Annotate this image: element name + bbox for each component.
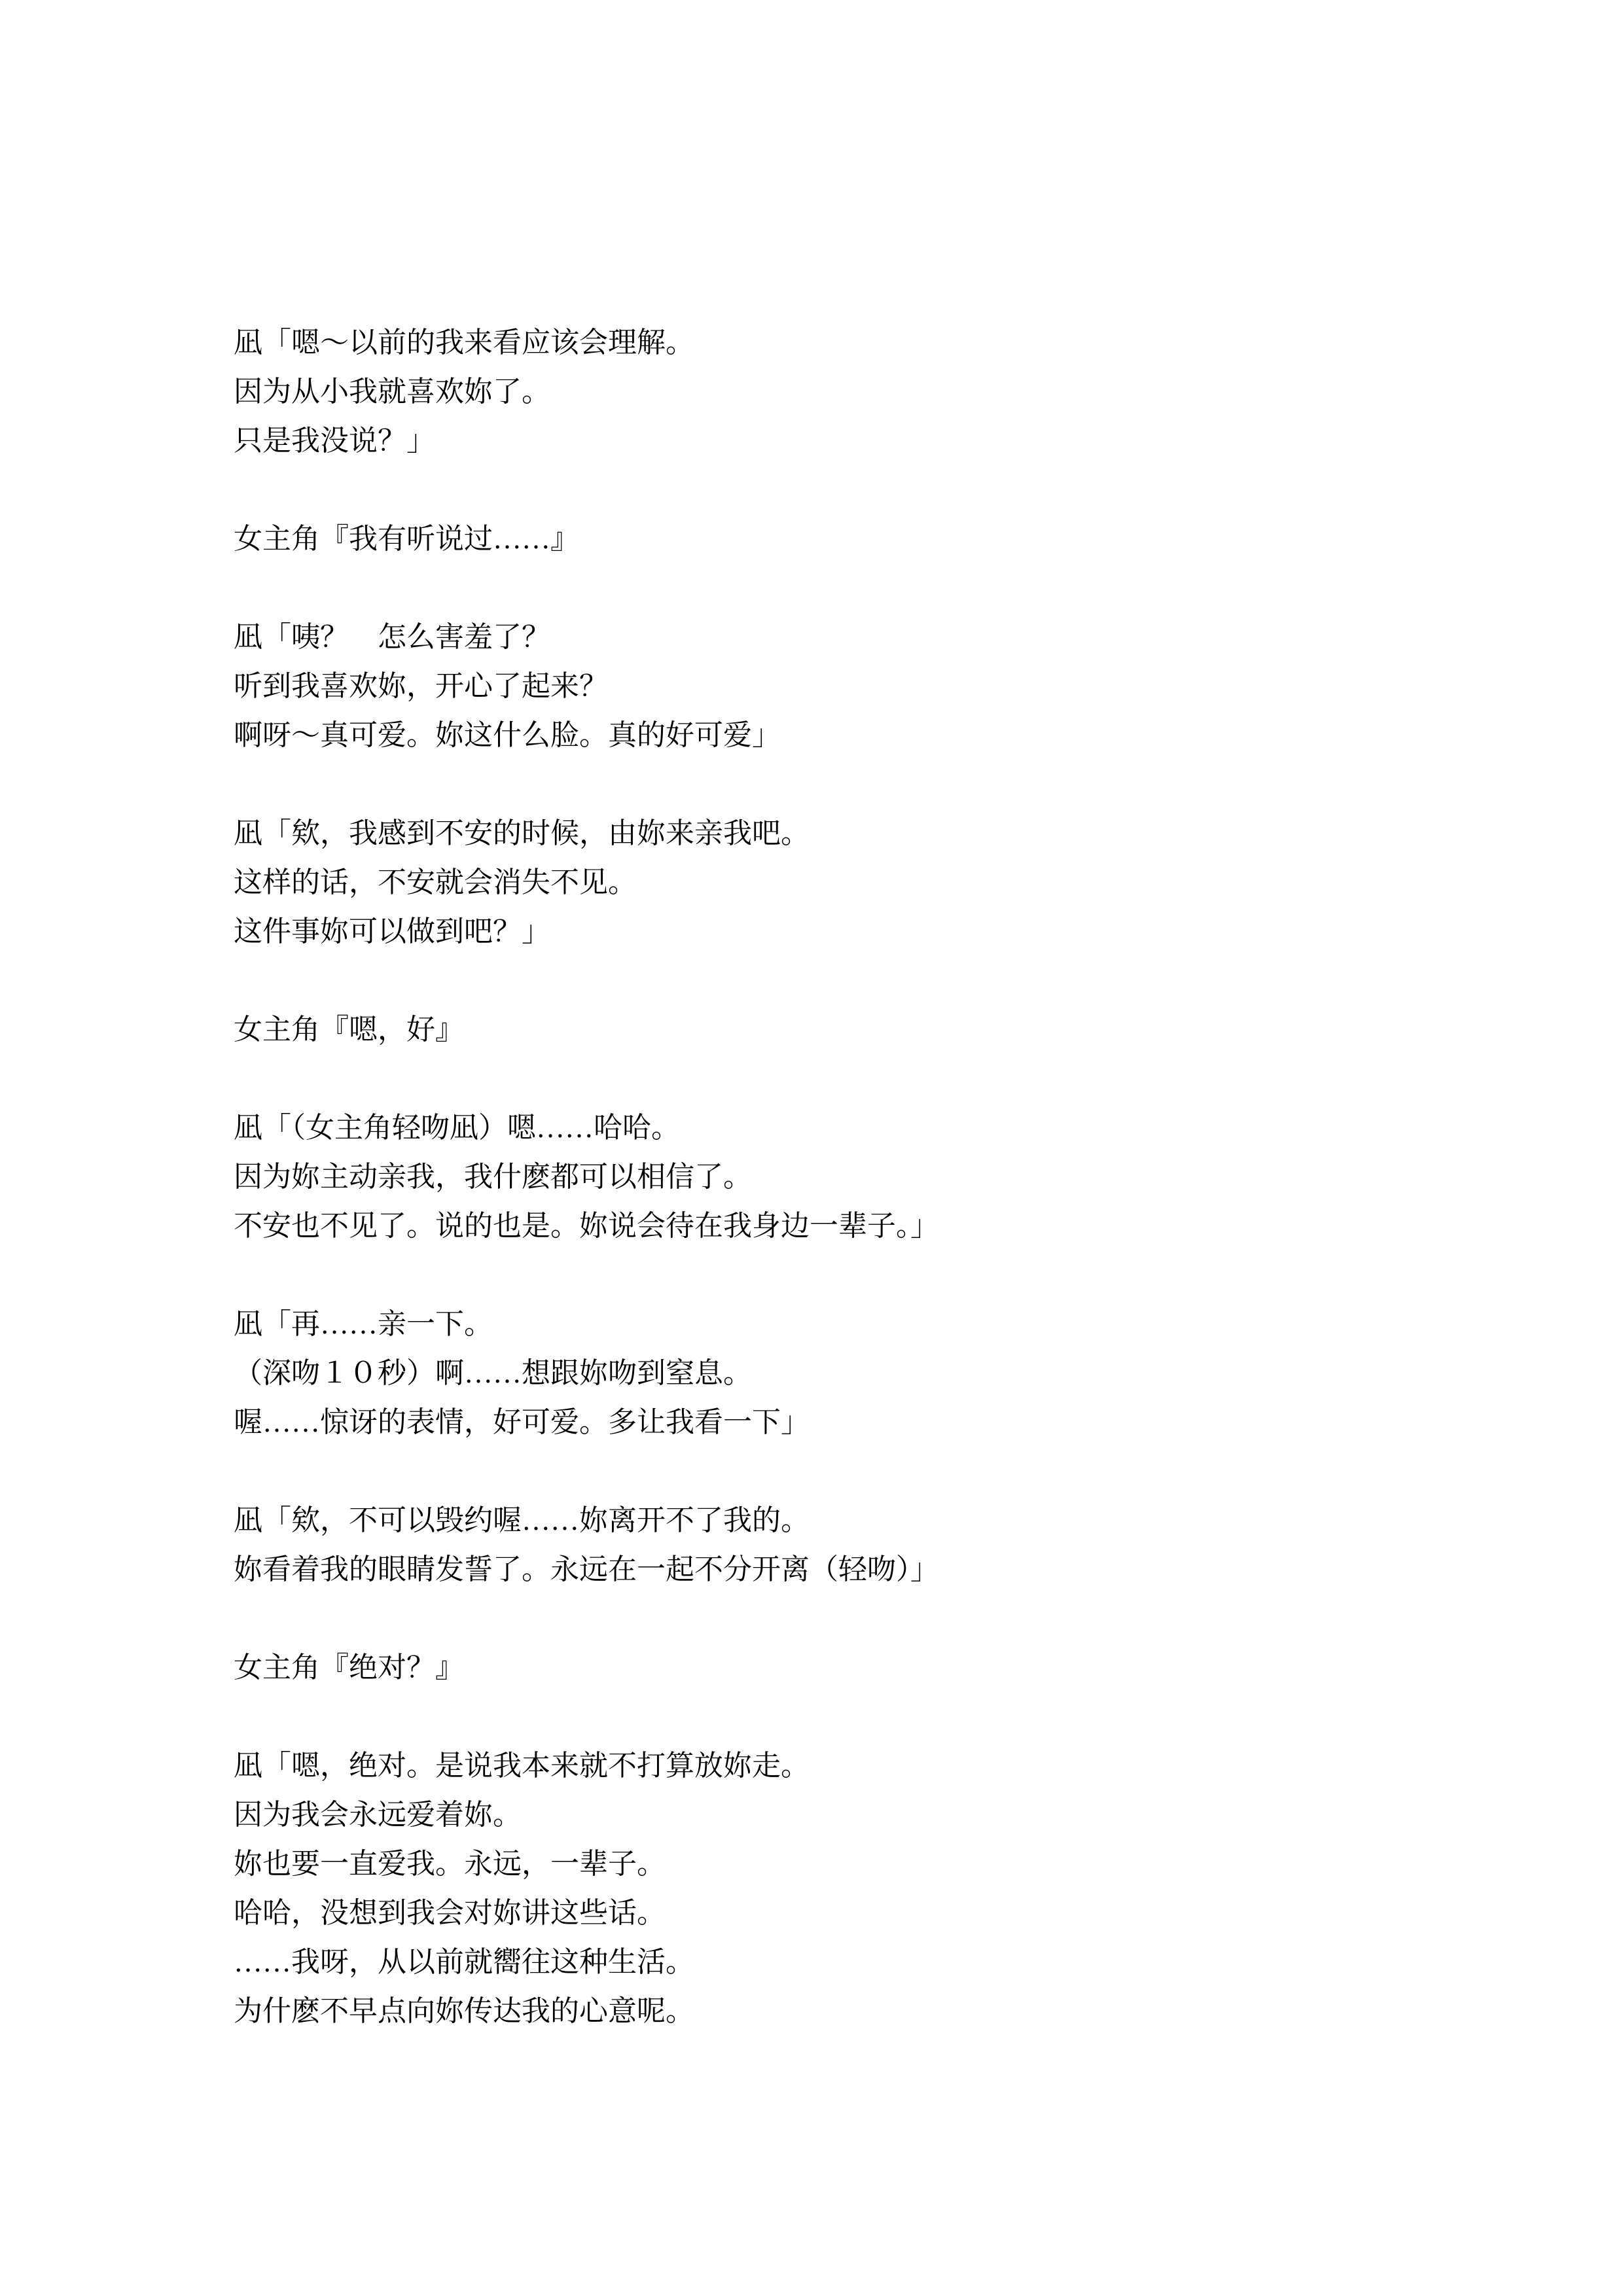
dialogue-paragraph: 凪「再……亲一下。（深吻１０秒）啊……想跟妳吻到窒息。喔……惊讶的表情，好可爱。… bbox=[234, 1299, 1477, 1447]
dialogue-line: 为什麽不早点向妳传达我的心意呢。 bbox=[234, 1987, 1477, 2036]
dialogue-line: 啊呀～真可爱。妳这什么脸。真的好可爱」 bbox=[234, 711, 1477, 760]
dialogue-line: 凪「再……亲一下。 bbox=[234, 1299, 1477, 1349]
dialogue-line: 不安也不见了。说的也是。妳说会待在我身边一辈子。」 bbox=[234, 1201, 1477, 1250]
dialogue-line: 凪「欸，不可以毁约喔……妳离开不了我的。 bbox=[234, 1496, 1477, 1545]
dialogue-line: 因为我会永远爱着妳。 bbox=[234, 1790, 1477, 1839]
dialogue-line: （深吻１０秒）啊……想跟妳吻到窒息。 bbox=[234, 1349, 1477, 1398]
dialogue-line: 这件事妳可以做到吧？」 bbox=[234, 907, 1477, 956]
dialogue-line: 因为从小我就喜欢妳了。 bbox=[234, 367, 1477, 416]
dialogue-line: 这样的话，不安就会消失不见。 bbox=[234, 858, 1477, 907]
dialogue-paragraph: 凪「（女主角轻吻凪）嗯……哈哈。因为妳主动亲我，我什麽都可以相信了。不安也不见了… bbox=[234, 1103, 1477, 1250]
dialogue-line: 因为妳主动亲我，我什麽都可以相信了。 bbox=[234, 1152, 1477, 1201]
dialogue-paragraph: 凪「欸，不可以毁约喔……妳离开不了我的。妳看着我的眼睛发誓了。永远在一起不分开离… bbox=[234, 1496, 1477, 1594]
dialogue-line: 只是我没说？」 bbox=[234, 416, 1477, 465]
dialogue-line: 女主角『嗯，好』 bbox=[234, 1005, 1477, 1054]
dialogue-line: 凪「嗯～以前的我来看应该会理解。 bbox=[234, 318, 1477, 367]
dialogue-line: 凪「（女主角轻吻凪）嗯……哈哈。 bbox=[234, 1103, 1477, 1152]
dialogue-line: 女主角『我有听说过……』 bbox=[234, 514, 1477, 563]
dialogue-line: 妳看着我的眼睛发誓了。永远在一起不分开离（轻吻）」 bbox=[234, 1545, 1477, 1594]
dialogue-paragraph: 女主角『绝对？』 bbox=[234, 1643, 1477, 1692]
dialogue-text-block: 凪「嗯～以前的我来看应该会理解。因为从小我就喜欢妳了。只是我没说？」女主角『我有… bbox=[234, 318, 1477, 2036]
dialogue-line: 哈哈，没想到我会对妳讲这些话。 bbox=[234, 1888, 1477, 1937]
dialogue-line: 喔……惊讶的表情，好可爱。多让我看一下」 bbox=[234, 1398, 1477, 1447]
dialogue-paragraph: 凪「嗯～以前的我来看应该会理解。因为从小我就喜欢妳了。只是我没说？」 bbox=[234, 318, 1477, 465]
dialogue-line: 凪「嗯，绝对。是说我本来就不打算放妳走。 bbox=[234, 1741, 1477, 1790]
document-page: 凪「嗯～以前的我来看应该会理解。因为从小我就喜欢妳了。只是我没说？」女主角『我有… bbox=[0, 0, 1623, 2296]
dialogue-paragraph: 女主角『我有听说过……』 bbox=[234, 514, 1477, 563]
dialogue-paragraph: 凪「欸，我感到不安的时候，由妳来亲我吧。这样的话，不安就会消失不见。这件事妳可以… bbox=[234, 809, 1477, 956]
dialogue-paragraph: 凪「嗯，绝对。是说我本来就不打算放妳走。因为我会永远爱着妳。妳也要一直爱我。永远… bbox=[234, 1741, 1477, 2036]
dialogue-line: 凪「咦？ 怎么害羞了？ bbox=[234, 612, 1477, 662]
dialogue-paragraph: 女主角『嗯，好』 bbox=[234, 1005, 1477, 1054]
dialogue-line: 妳也要一直爱我。永远，一辈子。 bbox=[234, 1839, 1477, 1888]
dialogue-line: ……我呀，从以前就嚮往这种生活。 bbox=[234, 1937, 1477, 1987]
dialogue-line: 听到我喜欢妳，开心了起来？ bbox=[234, 662, 1477, 711]
dialogue-line: 女主角『绝对？』 bbox=[234, 1643, 1477, 1692]
dialogue-paragraph: 凪「咦？ 怎么害羞了？听到我喜欢妳，开心了起来？啊呀～真可爱。妳这什么脸。真的好… bbox=[234, 612, 1477, 760]
dialogue-line: 凪「欸，我感到不安的时候，由妳来亲我吧。 bbox=[234, 809, 1477, 858]
